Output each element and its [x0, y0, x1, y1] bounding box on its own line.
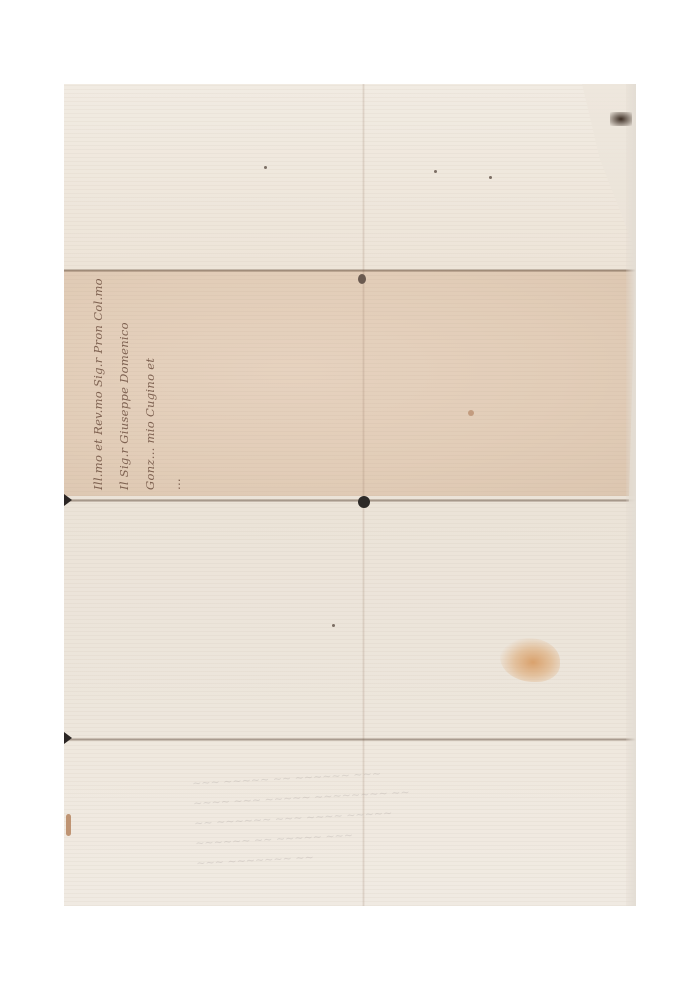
seal-hole [358, 496, 370, 508]
fold-line [64, 499, 636, 502]
ink-blot [610, 112, 632, 126]
edge-notch [64, 732, 72, 744]
speck [489, 176, 492, 179]
seal-hole [358, 274, 366, 284]
address-line-1: Ill.mo et Rev.mo Sig.r Pron Col.mo [85, 280, 111, 490]
speck [434, 170, 437, 173]
middle-panel [64, 496, 636, 736]
torn-edge [626, 84, 636, 906]
address-line-2: Il Sig.r Giuseppe Domenico [111, 280, 137, 490]
top-panel [64, 84, 636, 270]
address-line-3: Gonz... mio Cugino et [137, 280, 163, 490]
fold-line [64, 269, 636, 272]
bleed-through-text: ~~~ ~~~~~ ~~ ~~~~~~ ~~~ ~~~~ ~~~ ~~~~~ ~… [192, 754, 577, 874]
address-block: Ill.mo et Rev.mo Sig.r Pron Col.mo Il Si… [72, 280, 202, 490]
speck [264, 166, 267, 169]
edge-notch [64, 494, 72, 506]
speck [468, 410, 474, 416]
rust-mark [66, 814, 71, 836]
fold-line [64, 738, 636, 741]
speck [332, 624, 335, 627]
letter-sheet: Ill.mo et Rev.mo Sig.r Pron Col.mo Il Si… [64, 84, 636, 906]
address-line-4: ... [163, 280, 189, 490]
